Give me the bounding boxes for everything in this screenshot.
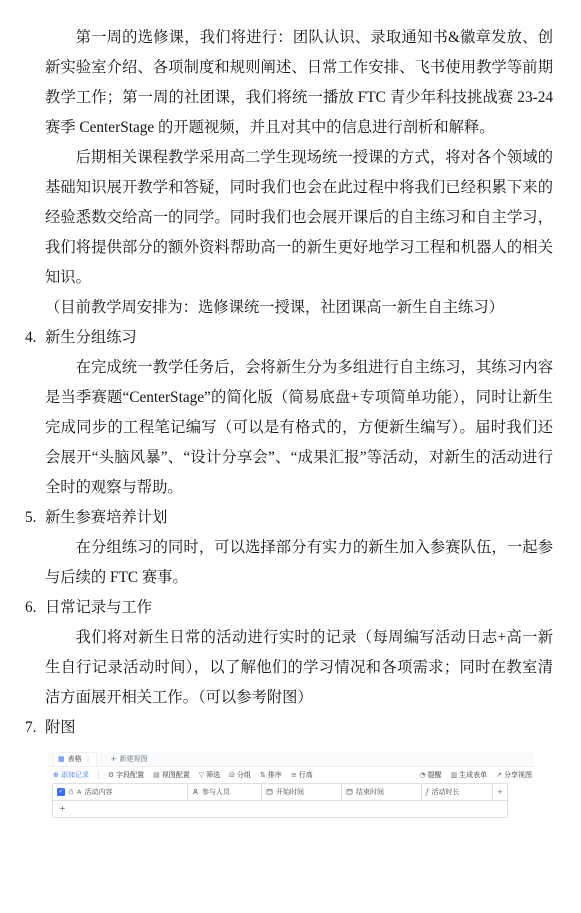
- view-tab-table: ▦ 表格 ⋮: [53, 752, 97, 766]
- row-height-icon: ≡: [291, 772, 297, 779]
- group-icon: ⊟: [229, 772, 235, 779]
- column-header-duration: ƒ 活动时长: [422, 784, 493, 800]
- list-item-5: 5. 新生参赛培养计划 在分组练习的同时，可以选择部分有实力的新生加入参赛队伍，…: [25, 503, 553, 593]
- text-field-type-icon: A: [77, 789, 81, 796]
- sort-icon: ⇅: [260, 772, 266, 779]
- paragraph-daily-records: 我们将对新生日常的活动进行实时的记录（每周编写活动日志+高一新生自行记录活动时间…: [45, 623, 553, 713]
- column-header-participants: 参与人员: [188, 784, 262, 800]
- list-item-4: 4. 新生分组练习 在完成统一教学任务后，会将新生分为多组进行自主练习，其练习内…: [25, 323, 553, 503]
- paragraph-competition-plan: 在分组练习的同时，可以选择部分有实力的新生加入参赛队伍，一起参与后续的 FTC …: [45, 533, 553, 593]
- column-label: 结束时间: [356, 789, 384, 796]
- column-label: 活动内容: [84, 789, 112, 796]
- list-item-title-attachment: 附图: [45, 713, 553, 743]
- list-item-title-competition-plan: 新生参赛培养计划: [45, 503, 553, 533]
- gear-icon: ⚙: [108, 772, 114, 779]
- share-view-button: ↗ 分享视图: [496, 772, 532, 779]
- table-header-row: ✓ A 活动内容 参与人员: [53, 784, 507, 801]
- paragraph-week1: 第一周的选修课，我们将进行：团队认识、录取通知书&徽章发放、创新实验室介绍、各项…: [45, 23, 553, 143]
- calendar-icon: [266, 788, 273, 797]
- add-field-button: +: [493, 784, 507, 800]
- column-header-activity: ✓ A 活动内容: [53, 784, 188, 800]
- new-view-button: + 新建视图: [111, 756, 148, 763]
- add-record-button: ⊕ 添加记录: [53, 772, 89, 779]
- select-all-checkbox: ✓: [57, 788, 65, 796]
- attached-screenshot: ▦ 表格 ⋮ + 新建视图 ⊕ 添加记录: [48, 752, 534, 818]
- add-record-icon: ⊕: [53, 772, 59, 779]
- column-label: 参与人员: [202, 789, 230, 796]
- clock-icon: ◔: [419, 772, 425, 779]
- person-icon: [192, 788, 199, 797]
- grid-table-icon: ▦: [58, 756, 65, 763]
- paragraph-group-practice: 在完成统一教学任务后，会将新生分为多组进行自主练习，其练习内容是当季赛题“Cen…: [45, 353, 553, 503]
- group-button: ⊟ 分组: [229, 772, 251, 779]
- toolbar: ⊕ 添加记录 ⚙ 字段配置 ▤ 视图配置 ▽ 筛选: [48, 767, 534, 783]
- sort-button: ⇅ 排序: [260, 772, 282, 779]
- layout-icon: ▤: [153, 772, 160, 779]
- document-page: 第一周的选修课，我们将进行：团队认识、录取通知书&徽章发放、创新实验室介绍、各项…: [0, 0, 581, 913]
- view-tab-bar: ▦ 表格 ⋮ + 新建视图: [48, 752, 534, 767]
- column-label: 活动时长: [432, 789, 460, 796]
- new-view-label: 新建视图: [120, 756, 148, 763]
- field-config-button: ⚙ 字段配置: [108, 772, 144, 779]
- bitable-grid: ✓ A 活动内容 参与人员: [52, 783, 508, 818]
- list-number: 4.: [25, 323, 45, 503]
- paragraph-teaching: 后期相关课程教学采用高二学生现场统一授课的方式，将对各个领域的基础知识展开教学和…: [45, 143, 553, 293]
- lock-icon: [68, 788, 74, 797]
- column-label: 开始时间: [276, 789, 304, 796]
- view-config-button: ▤ 视图配置: [153, 772, 190, 779]
- list-item-title-daily-records: 日常记录与工作: [45, 593, 553, 623]
- reminder-button: ◔ 提醒: [419, 772, 441, 779]
- list-number: 7.: [25, 713, 45, 818]
- toolbar-right: ◔ 提醒 ▥ 生成表单 ↗ 分享视图: [419, 772, 532, 779]
- calendar-icon: [346, 788, 353, 797]
- list-item-title-group-practice: 新生分组练习: [45, 323, 553, 353]
- row-height-button: ≡ 行高: [291, 772, 313, 779]
- column-header-start-time: 开始时间: [262, 784, 342, 800]
- form-icon: ▥: [451, 772, 458, 779]
- paragraph-schedule-note: （目前教学周安排为：选修课统一授课，社团课高一新生自主练习）: [45, 293, 553, 323]
- list-number: 5.: [25, 503, 45, 593]
- filter-button: ▽ 筛选: [199, 772, 220, 779]
- formula-icon: ƒ: [426, 789, 429, 796]
- list-item-7: 7. 附图 ▦ 表格 ⋮ + 新建视图: [25, 713, 553, 818]
- toolbar-divider: [98, 771, 99, 779]
- list-number: 6.: [25, 593, 45, 713]
- list-item-6: 6. 日常记录与工作 我们将对新生日常的活动进行实时的记录（每周编写活动日志+高…: [25, 593, 553, 713]
- column-header-end-time: 结束时间: [342, 784, 422, 800]
- funnel-icon: ▽: [199, 772, 204, 779]
- share-icon: ↗: [496, 772, 502, 779]
- more-icon: ⋮: [85, 756, 92, 763]
- plus-icon: +: [111, 756, 117, 763]
- view-tab-label: 表格: [68, 756, 82, 763]
- generate-form-button: ▥ 生成表单: [451, 772, 488, 779]
- add-record-row: +: [53, 801, 507, 817]
